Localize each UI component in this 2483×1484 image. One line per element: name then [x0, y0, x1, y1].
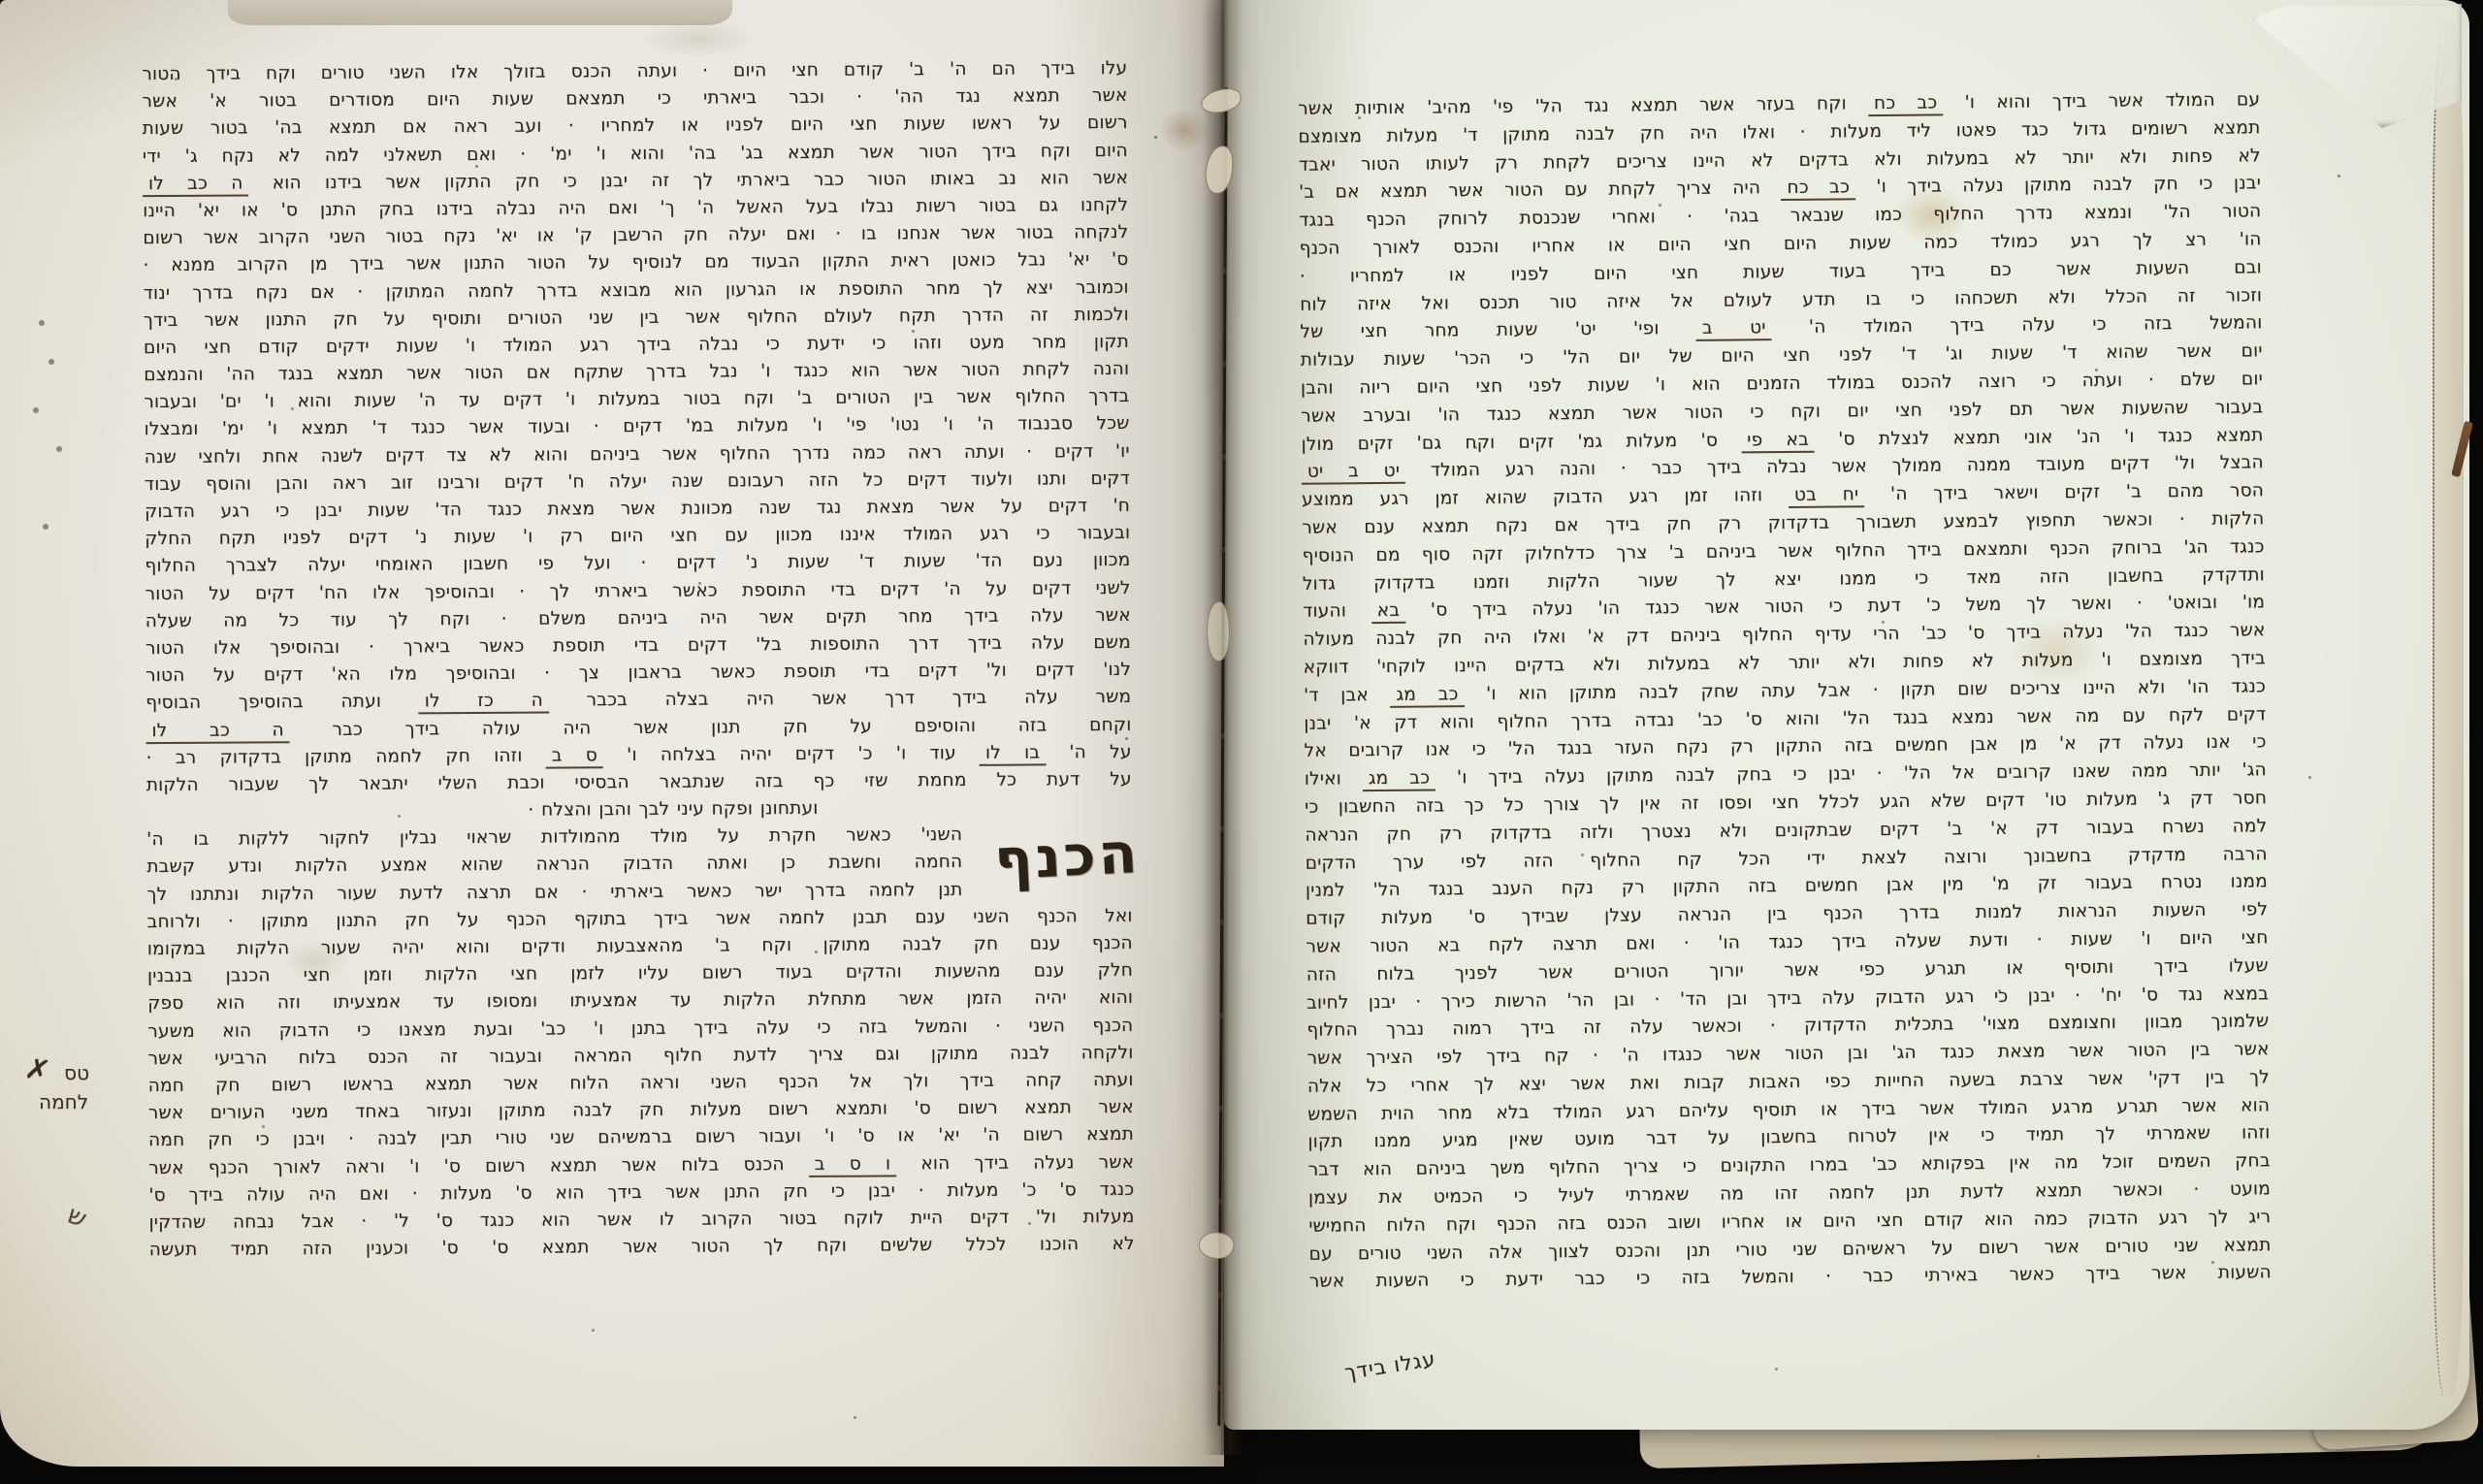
underlined-numerals: יט ב — [1696, 317, 1772, 341]
underlined-numerals: יט ב יט — [1302, 461, 1406, 485]
margin-note-lachamah: לחמה — [39, 1090, 88, 1113]
margin-ink-dots — [39, 320, 45, 326]
underlined-numerals: בא פי — [1741, 429, 1815, 453]
underlined-numerals: ה כז לו — [419, 691, 549, 715]
right-page-text: עם המולד אשר בידך והוא ו' כב כח וקח בעזר… — [1298, 86, 2272, 1297]
underlined-numerals: כב מג — [1363, 768, 1436, 792]
underlined-numerals: כב מג — [1390, 684, 1464, 708]
binding-stick — [2454, 419, 2479, 481]
book-photo: { "document": { "kind_label": "כתב יד עב… — [0, 0, 2483, 1484]
underlined-numerals: ו ס ב — [809, 1153, 897, 1178]
underlined-numerals: בא — [1371, 600, 1406, 624]
margin-note-tas: טס — [64, 1061, 89, 1084]
underlined-numerals: כב כח — [1868, 92, 1944, 116]
underlined-numerals: כב כח — [1781, 177, 1855, 202]
top-page-curl — [228, 0, 732, 25]
left-page-text: עלו בידך הם ה' ב' קודם חצי היום · ועתה ה… — [142, 55, 1135, 1264]
underlined-numerals: ס ב — [546, 745, 603, 768]
underlined-numerals: ה כב לו — [143, 173, 249, 197]
underlined-numerals: בו לו — [980, 742, 1046, 765]
underlined-numerals: ה כב לו — [145, 720, 290, 744]
chapter-heading: הכנף — [964, 820, 1142, 894]
fore-edge — [2433, 19, 2464, 1397]
underlined-numerals: יח בט — [1789, 484, 1865, 508]
